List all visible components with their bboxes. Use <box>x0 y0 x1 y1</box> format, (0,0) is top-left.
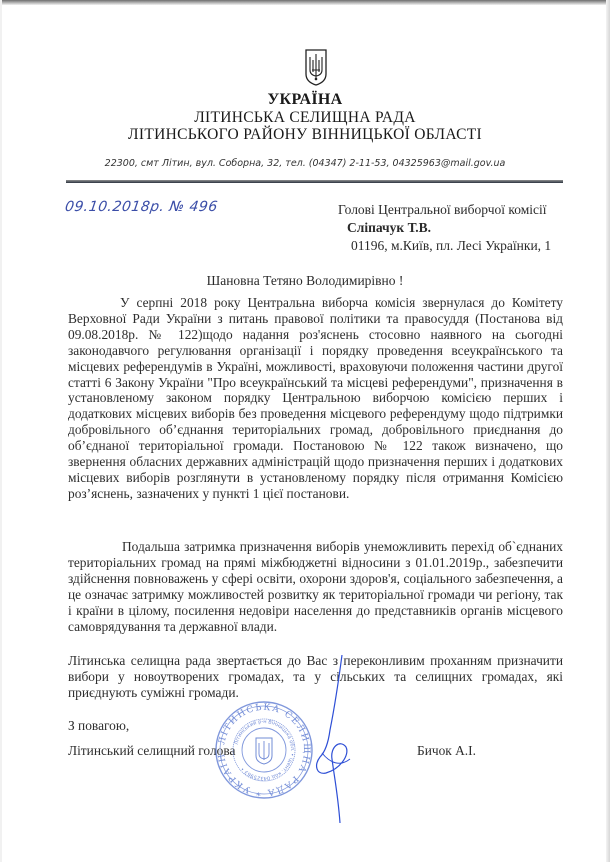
recipient-block: Голові Центральної виборчої комісії Сліп… <box>338 201 551 255</box>
letterhead-district: ЛІТИНСЬКОГО РАЙОНУ ВІННИЦЬКОЇ ОБЛАСТІ <box>0 126 610 144</box>
salutation: Шановна Тетяно Володимирівно ! <box>0 273 610 289</box>
signer-title: Літинський селищний голова <box>68 743 235 759</box>
official-stamp-icon: ЛІТИНСЬКА СЕЛИЩНА РАДА * УКРАЇНА * Літин… <box>214 700 314 800</box>
letterhead-country: УКРАЇНА <box>0 91 610 109</box>
coat-of-arms-icon <box>304 48 328 86</box>
outgoing-number-handwritten: 09.10.2018р. № 496 <box>64 199 219 215</box>
signature-icon <box>300 655 360 825</box>
signer-name: Бичок А.І. <box>417 743 476 759</box>
closing-regards: З повагою, <box>68 718 129 734</box>
scan-edge-top <box>0 0 610 5</box>
letterhead-address: 22300, смт Літин, вул. Соборна, 32, тел.… <box>0 158 610 169</box>
paragraph-1: У серпні 2018 року Центральна виборча ко… <box>68 295 563 502</box>
letterhead-council: ЛІТИНСЬКА СЕЛИЩНА РАДА <box>0 109 610 127</box>
recipient-name: Сліпачук Т.В. <box>338 219 551 237</box>
recipient-address: 01196, м.Київ, пл. Лесі Українки, 1 <box>338 237 551 255</box>
letterhead-divider <box>66 180 563 183</box>
recipient-position: Голові Центральної виборчої комісії <box>338 201 551 219</box>
paragraph-2: Подальша затримка призначення виборів ун… <box>68 539 563 634</box>
